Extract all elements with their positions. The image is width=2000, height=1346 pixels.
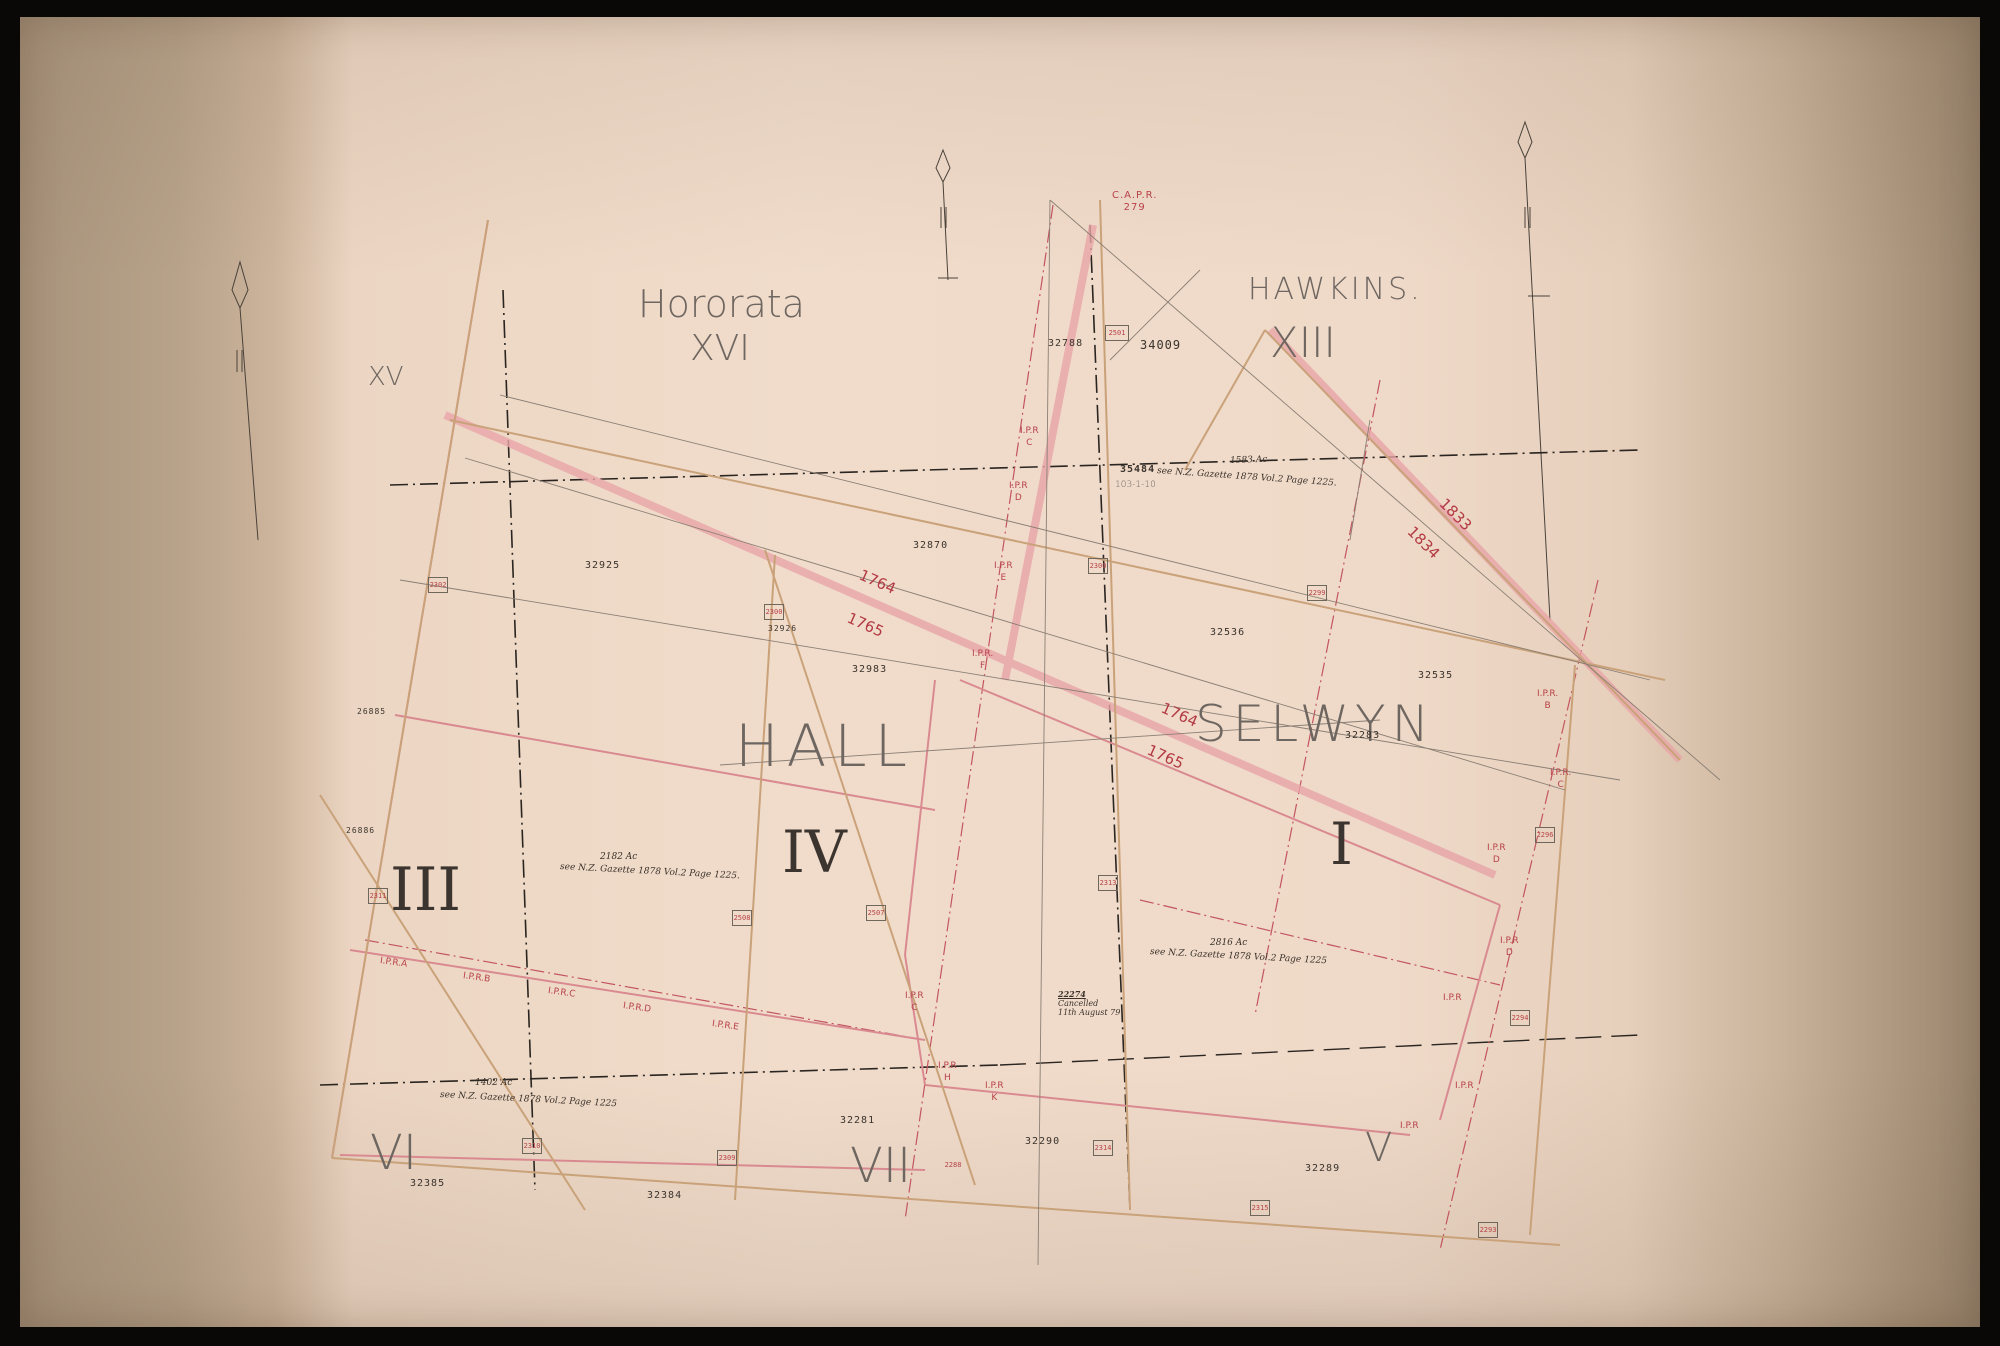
block-label-v: V xyxy=(1365,1125,1392,1171)
reserve-box: 2310 xyxy=(522,1138,542,1154)
reserve-box: 2293 xyxy=(1478,1222,1498,1238)
parcel-number: 32926 xyxy=(768,624,797,633)
pencil-note: 103-1-10 xyxy=(1115,480,1156,490)
ipr-label: I.P.R C xyxy=(1020,425,1039,449)
ipr-label: I.P.R D xyxy=(1009,480,1028,504)
parcel-number: 34009 xyxy=(1140,338,1181,352)
reserve-box: 2300 xyxy=(1088,558,1108,574)
gazette-area: 2182 Ac xyxy=(600,852,637,862)
district-label-xv: XV xyxy=(368,362,404,392)
gazette-area: 2816 Ac xyxy=(1210,938,1247,948)
reserve-box: 2300 xyxy=(764,604,784,620)
capr-label: C.A.P.R. 279 xyxy=(1112,190,1157,214)
parcel-number: 32925 xyxy=(585,560,620,571)
block-numeral-i: I xyxy=(1330,810,1353,878)
reserve-box: 2501 xyxy=(1105,325,1129,341)
cancellation-note: 22274 Cancelled 11th August 79 xyxy=(1058,990,1120,1017)
reserve-box: 2311 xyxy=(368,888,388,904)
reserve-box: 2299 xyxy=(1307,585,1327,601)
capr-label-line2: 279 xyxy=(1112,202,1157,214)
parcel-number: 26885 xyxy=(357,707,386,716)
parcel-number: 32281 xyxy=(840,1115,875,1126)
capr-label-line1: C.A.P.R. xyxy=(1112,190,1157,202)
reserve-box: 2314 xyxy=(1093,1140,1113,1156)
reserve-box: 2309 xyxy=(717,1150,737,1166)
parcel-number: 32290 xyxy=(1025,1136,1060,1147)
district-label-hall: HALL xyxy=(735,712,915,780)
reserve-box: 2302 xyxy=(428,577,448,593)
reserve-box: 2294 xyxy=(1510,1010,1530,1026)
gazette-area: 1402 Ac xyxy=(475,1078,512,1088)
block-label-vi: VI xyxy=(370,1125,417,1181)
reserve-box: 2313 xyxy=(1098,875,1118,891)
reserve-box: 2315 xyxy=(1250,1200,1270,1216)
north-arrow-icon xyxy=(232,122,1550,620)
parcel-number: 35484 xyxy=(1120,464,1155,475)
ipr-label: I.P.R xyxy=(1400,1120,1419,1132)
district-label-hororata: Hororata xyxy=(638,282,805,326)
parcel-number: 26886 xyxy=(346,826,375,835)
parcel-number: 32384 xyxy=(647,1190,682,1201)
district-block-hawkins: XIII xyxy=(1270,318,1336,367)
block-numeral-iv: IV xyxy=(782,818,847,886)
cancel-number: 22274 xyxy=(1058,990,1120,999)
block-numeral-iii: III xyxy=(390,855,461,925)
ipr-label: I.P.R xyxy=(1443,992,1462,1004)
parcel-number: 32289 xyxy=(1305,1163,1340,1174)
parcel-number: 32535 xyxy=(1418,670,1453,681)
reserve-box: 2288 xyxy=(944,1158,962,1172)
ipr-label: I.P.R E xyxy=(994,560,1013,584)
ipr-label: I.P.R. C xyxy=(1550,767,1571,791)
parcel-number: 32283 xyxy=(1345,730,1380,741)
cancel-date: 11th August 79 xyxy=(1058,1008,1120,1017)
ipr-label: I.P.R K xyxy=(985,1080,1004,1104)
district-block-hororata: XVI xyxy=(690,328,750,369)
ipr-label: I.P.R. F xyxy=(972,648,993,672)
ipr-label: I.P.R D xyxy=(1487,842,1506,866)
parcel-number: 32870 xyxy=(913,540,948,551)
ipr-label: I.P.R xyxy=(1455,1080,1474,1092)
survey-linework xyxy=(0,0,2000,1346)
parcel-number: 32385 xyxy=(410,1178,445,1189)
reserve-box: 2507 xyxy=(866,905,886,921)
reserve-box: 2508 xyxy=(732,910,752,926)
cancel-status: Cancelled xyxy=(1058,999,1120,1008)
parcel-number: 32536 xyxy=(1210,627,1245,638)
ipr-label: I.P.R D xyxy=(1500,935,1519,959)
gazette-area: 1583 Ac xyxy=(1230,455,1268,466)
reserve-box: 2296 xyxy=(1535,827,1555,843)
district-label-selwyn: SELWYN xyxy=(1195,695,1435,753)
ipr-label: I.P.R C xyxy=(905,990,924,1014)
ipr-label: I.P.R. B xyxy=(1537,688,1558,712)
ipr-label: I.P.R H xyxy=(938,1060,957,1084)
block-label-vii: VII xyxy=(850,1138,911,1194)
district-label-hawkins: HAWKINS. xyxy=(1248,272,1423,307)
parcel-number: 32788 xyxy=(1048,338,1083,349)
parcel-number: 32983 xyxy=(852,664,887,675)
